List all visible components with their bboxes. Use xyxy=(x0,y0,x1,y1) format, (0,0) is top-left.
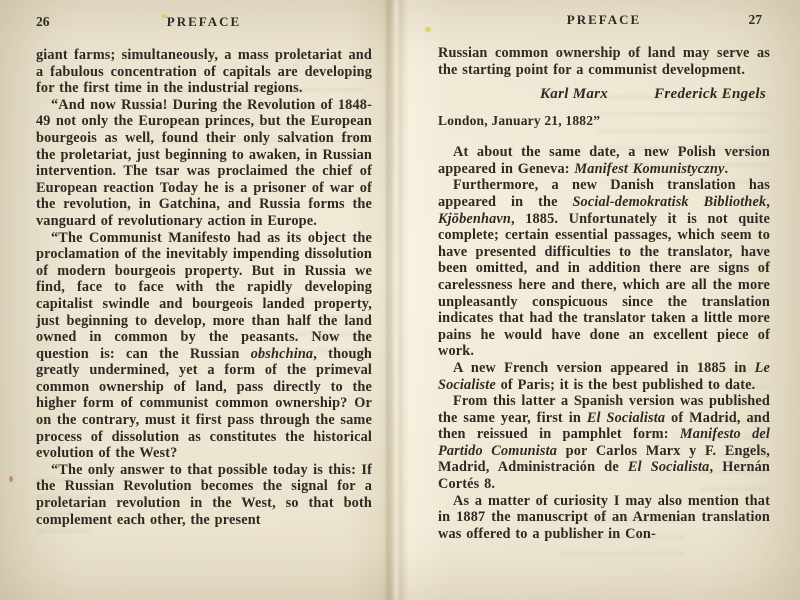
dateline: London, January 21, 1882” xyxy=(438,113,770,129)
paragraph: Furthermore, a new Danish translation ha… xyxy=(438,177,770,360)
text-segment: “The only answer to that possible today … xyxy=(36,462,372,528)
text-segment: A new French version appeared in 1885 in xyxy=(453,360,755,376)
page-number-left: 26 xyxy=(36,14,50,30)
text-segment: , 1885. Unfortunately it is not quite co… xyxy=(438,211,770,360)
book-spread: 26 PREFACE giant farms; simultaneously, … xyxy=(0,0,800,600)
text-segment: , though greatly undermined, yet a form … xyxy=(36,346,372,462)
text-segment: of Paris; it is the best published to da… xyxy=(496,377,755,393)
paragraph: “The only answer to that possible today … xyxy=(36,462,372,528)
page-number-right: 27 xyxy=(749,12,763,28)
text-segment: obshchina xyxy=(251,346,314,362)
signature-frederick-engels: Frederick Engels xyxy=(654,86,766,103)
signature-line: Karl Marx Frederick Engels xyxy=(438,86,766,103)
right-page: PREFACE 27 Russian common ownership of l… xyxy=(438,12,770,542)
paragraph: A new French version appeared in 1885 in… xyxy=(438,360,770,393)
book-gutter-shadow xyxy=(386,0,402,600)
text-segment: giant farms; simultaneously, a mass prol… xyxy=(36,47,372,96)
running-title-right: PREFACE xyxy=(438,12,770,28)
right-page-header: PREFACE 27 xyxy=(438,12,770,30)
text-segment: . xyxy=(724,161,728,177)
paragraph: As a matter of curiosity I may also ment… xyxy=(438,493,770,543)
text-segment: Kjōbenhavn xyxy=(438,211,511,227)
paragraph: Russian common ownership of land may ser… xyxy=(438,45,770,78)
paragraph: At about the same date, a new Polish ver… xyxy=(438,144,770,177)
text-segment: , xyxy=(766,194,770,210)
text-segment: Manifest Komunistyczny xyxy=(574,161,724,177)
paragraph: giant farms; simultaneously, a mass prol… xyxy=(36,47,372,97)
right-page-body: Russian common ownership of land may ser… xyxy=(438,45,770,542)
left-page: 26 PREFACE giant farms; simultaneously, … xyxy=(36,14,372,528)
paper-speck xyxy=(425,27,431,32)
left-page-header: 26 PREFACE xyxy=(36,14,372,32)
signature-karl-marx: Karl Marx xyxy=(540,86,608,103)
running-title-left: PREFACE xyxy=(36,14,372,30)
text-segment: “And now Russia! During the Revolution o… xyxy=(36,97,372,229)
text-segment: El Socialista xyxy=(628,459,710,475)
text-segment: Social-demokratisk Bibliothek xyxy=(572,194,766,210)
text-segment: Russian common ownership of land may ser… xyxy=(438,45,770,78)
text-segment: El Socialista xyxy=(587,410,665,426)
paragraph: From this latter a Spanish version was p… xyxy=(438,393,770,493)
paragraph: “And now Russia! During the Revolution o… xyxy=(36,97,372,230)
paragraph: “The Communist Manifesto had as its obje… xyxy=(36,230,372,462)
left-page-body: giant farms; simultaneously, a mass prol… xyxy=(36,47,372,528)
text-segment: “The Communist Manifesto had as its obje… xyxy=(36,230,372,362)
paper-speck xyxy=(9,476,13,482)
text-segment: As a matter of curiosity I may also ment… xyxy=(438,493,770,542)
